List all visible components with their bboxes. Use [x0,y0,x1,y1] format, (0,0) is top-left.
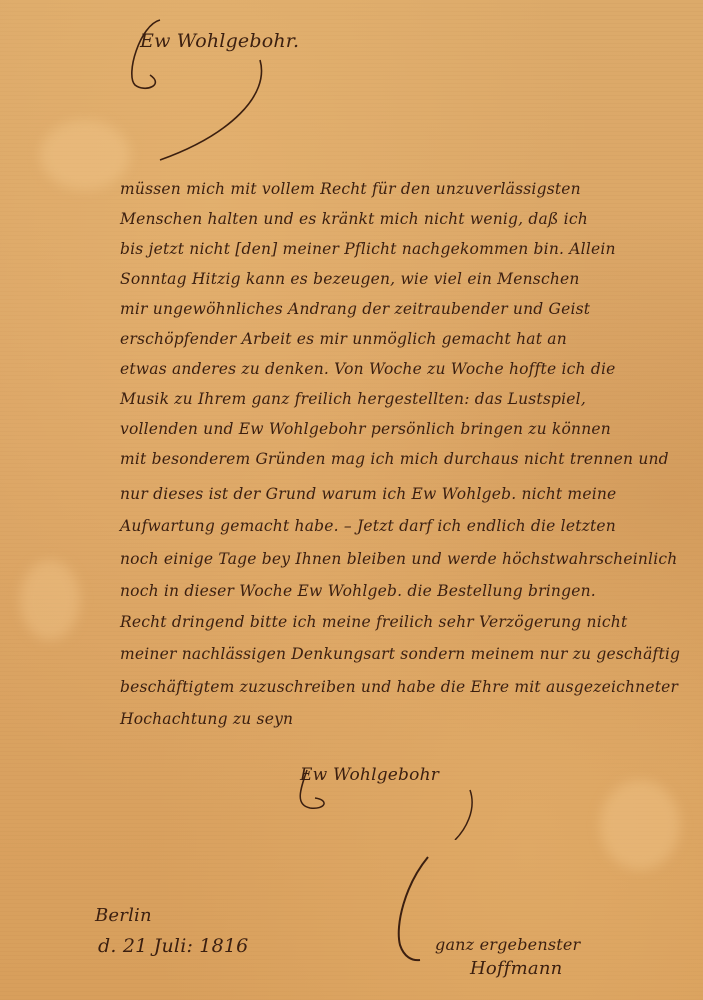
paper-stain [600,780,680,870]
signature: Hoffmann [470,958,562,979]
body-line: meiner nachlässigen Denkungsart sondern … [120,645,680,663]
paper-stain [40,120,130,190]
body-line: Musik zu Ihrem ganz freilich hergestellt… [120,390,586,408]
body-line: nur dieses ist der Grund warum ich Ew Wo… [120,485,616,503]
body-line: Recht dringend bitte ich meine freilich … [120,613,627,631]
letter-page: Ew Wohlgebohr. müssen mich mit vollem Re… [0,0,703,1000]
body-line: Sonntag Hitzig kann es bezeugen, wie vie… [120,270,580,288]
closing-salutation: Ew Wohlgebohr [300,765,439,785]
body-line: erschöpfender Arbeit es mir unmöglich ge… [120,330,567,348]
body-line: etwas anderes zu denken. Von Woche zu Wo… [120,360,615,378]
body-line: vollenden und Ew Wohlgebohr persönlich b… [120,420,611,438]
body-line: noch in dieser Woche Ew Wohlgeb. die Bes… [120,582,596,600]
body-line: mit besonderem Gründen mag ich mich durc… [120,450,669,468]
body-line: bis jetzt nicht [den] meiner Pflicht nac… [120,240,616,258]
paper-stain [20,560,80,640]
valediction: ganz ergebenster [435,935,580,954]
body-line: beschäftigtem zuzuschreiben und habe die… [120,678,678,696]
body-line: Menschen halten und es kränkt mich nicht… [120,210,588,228]
body-line: müssen mich mit vollem Recht für den unz… [120,180,581,198]
body-line: mir ungewöhnliches Andrang der zeitraube… [120,300,590,318]
body-line: noch einige Tage bey Ihnen bleiben und w… [120,550,677,568]
place: Berlin [95,905,152,926]
body-line: Aufwartung gemacht habe. – Jetzt darf ic… [120,517,616,535]
salutation: Ew Wohlgebohr. [140,30,299,52]
date: d. 21 Juli: 1816 [98,935,248,957]
body-line: Hochachtung zu seyn [120,710,293,728]
